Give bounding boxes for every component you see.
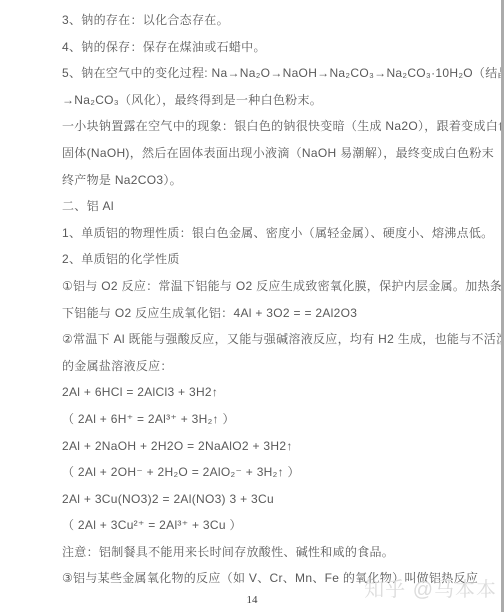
text-line: ①铝与 O2 反应：常温下铝能与 O2 反应生成致密氧化膜，保护内层金属。加热条… (62, 273, 494, 300)
text-line: （ 2Al + 3Cu²⁺ = 2Al³⁺ + 3Cu ） (62, 512, 494, 539)
text-line: 2、单质铝的化学性质 (62, 246, 494, 273)
text-line: 2Al + 6HCl = 2AlCl3 + 3H2↑ (62, 379, 494, 406)
text-line: 1、单质铝的物理性质：银白色金属、密度小（属轻金属）、硬度小、熔沸点低。 (62, 220, 494, 247)
text-line: 3、钠的存在：以化合态存在。 (62, 7, 494, 34)
text-line: 2Al + 3Cu(NO3)2 = 2Al(NO3) 3 + 3Cu (62, 486, 494, 513)
text-line: 2Al + 2NaOH + 2H2O = 2NaAlO2 + 3H2↑ (62, 433, 494, 460)
text-line: （ 2Al + 2OH⁻ + 2H₂O = 2AlO₂⁻ + 3H₂↑ ） (62, 459, 494, 486)
text-line: 注意：铝制餐具不能用来长时间存放酸性、碱性和咸的食品。 (62, 539, 494, 566)
text-line: 的金属盐溶液反应： (62, 353, 494, 380)
text-line: 固体(NaOH)，然后在固体表面出现小液滴（NaOH 易潮解），最终变成白色粉末… (62, 140, 494, 167)
text-line: 5、钠在空气中的变化过程: Na→Na₂O→NaOH→Na₂CO₃→Na₂CO₃… (62, 60, 494, 87)
text-line: 终产物是 Na2CO3）。 (62, 167, 494, 194)
document-body-text: 3、钠的存在：以化合态存在。4、钠的保存：保存在煤油或石蜡中。5、钠在空气中的变… (62, 7, 494, 592)
text-line: →Na₂CO₃（风化），最终得到是一种白色粉末。 (62, 87, 494, 114)
text-line: ②常温下 Al 既能与强酸反应，又能与强碱溶液反应，均有 H2 生成，也能与不活… (62, 326, 494, 353)
text-line: （ 2Al + 6H⁺ = 2Al³⁺ + 3H₂↑ ） (62, 406, 494, 433)
document-page: 3、钠的存在：以化合态存在。4、钠的保存：保存在煤油或石蜡中。5、钠在空气中的变… (0, 0, 504, 612)
text-line: 下铝能与 O2 反应生成氧化铝：4Al + 3O2 = = 2Al2O3 (62, 300, 494, 327)
zhihu-watermark: 知乎 @马本本 (364, 573, 497, 602)
text-line: 4、钠的保存：保存在煤油或石蜡中。 (62, 34, 494, 61)
text-line: 二、铝 Al (62, 193, 494, 220)
text-line: 一小块钠置露在空气中的现象：银白色的钠很快变暗（生成 Na2O），跟着变成白色 (62, 113, 494, 140)
